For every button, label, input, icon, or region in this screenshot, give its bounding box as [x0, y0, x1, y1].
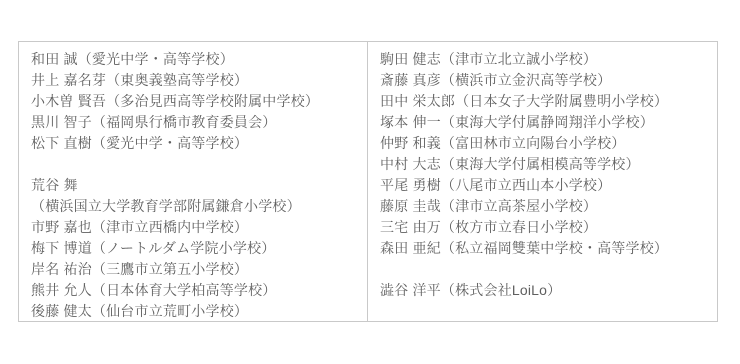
participant-entry: 荒谷 舞: [31, 175, 359, 196]
participant-entry: 松下 直樹（愛光中学・高等学校）: [31, 133, 359, 154]
blank-line: [380, 259, 709, 280]
participant-entry: 黒川 智子（福岡県行橋市教育委員会）: [31, 112, 359, 133]
participant-entry: 熊井 允人（日本体育大学柏高等学校）: [31, 280, 359, 301]
participant-entry: 岸名 祐治（三鷹市立第五小学校）: [31, 259, 359, 280]
participant-entry: 中村 大志（東海大学付属相模高等学校）: [380, 154, 709, 175]
participant-entry: 駒田 健志（津市立北立誠小学校）: [380, 49, 709, 70]
participant-entry: （横浜国立大学教育学部附属鎌倉小学校）: [31, 196, 359, 217]
participant-entry: 塚本 伸一（東海大学付属静岡翔洋小学校）: [380, 112, 709, 133]
participant-entry: 和田 誠（愛光中学・高等学校）: [31, 49, 359, 70]
participant-entry: 井上 嘉名芽（東奥義塾高等学校）: [31, 70, 359, 91]
participant-entry: 仲野 和義（富田林市立向陽台小学校）: [380, 133, 709, 154]
participant-entry: 平尾 勇樹（八尾市立西山本小学校）: [380, 175, 709, 196]
participants-column-left: 和田 誠（愛光中学・高等学校）井上 嘉名芽（東奥義塾高等学校）小木曽 賢吾（多治…: [19, 42, 368, 321]
participant-entry: 田中 栄太郎（日本女子大学附属豊明小学校）: [380, 91, 709, 112]
page: 和田 誠（愛光中学・高等学校）井上 嘉名芽（東奥義塾高等学校）小木曽 賢吾（多治…: [0, 0, 740, 364]
participant-entry: 藤原 圭哉（津市立高茶屋小学校）: [380, 196, 709, 217]
participant-entry: 後藤 健太（仙台市立荒町小学校）: [31, 301, 359, 321]
blank-line: [31, 154, 359, 175]
participants-panel: 和田 誠（愛光中学・高等学校）井上 嘉名芽（東奥義塾高等学校）小木曽 賢吾（多治…: [18, 41, 718, 322]
participant-entry: 市野 嘉也（津市立西橋内中学校）: [31, 217, 359, 238]
participant-entry: 斎藤 真彦（横浜市立金沢高等学校）: [380, 70, 709, 91]
participant-entry: 三宅 由万（枚方市立春日小学校）: [380, 217, 709, 238]
participants-column-right: 駒田 健志（津市立北立誠小学校）斎藤 真彦（横浜市立金沢高等学校）田中 栄太郎（…: [368, 42, 717, 321]
participant-entry: 梅下 博道（ノートルダム学院小学校）: [31, 238, 359, 259]
participant-entry: 澁谷 洋平（株式会社LoiLo）: [380, 280, 709, 301]
participant-entry: 森田 亜紀（私立福岡雙葉中学校・高等学校）: [380, 238, 709, 259]
participant-entry: 小木曽 賢吾（多治見西高等学校附属中学校）: [31, 91, 359, 112]
